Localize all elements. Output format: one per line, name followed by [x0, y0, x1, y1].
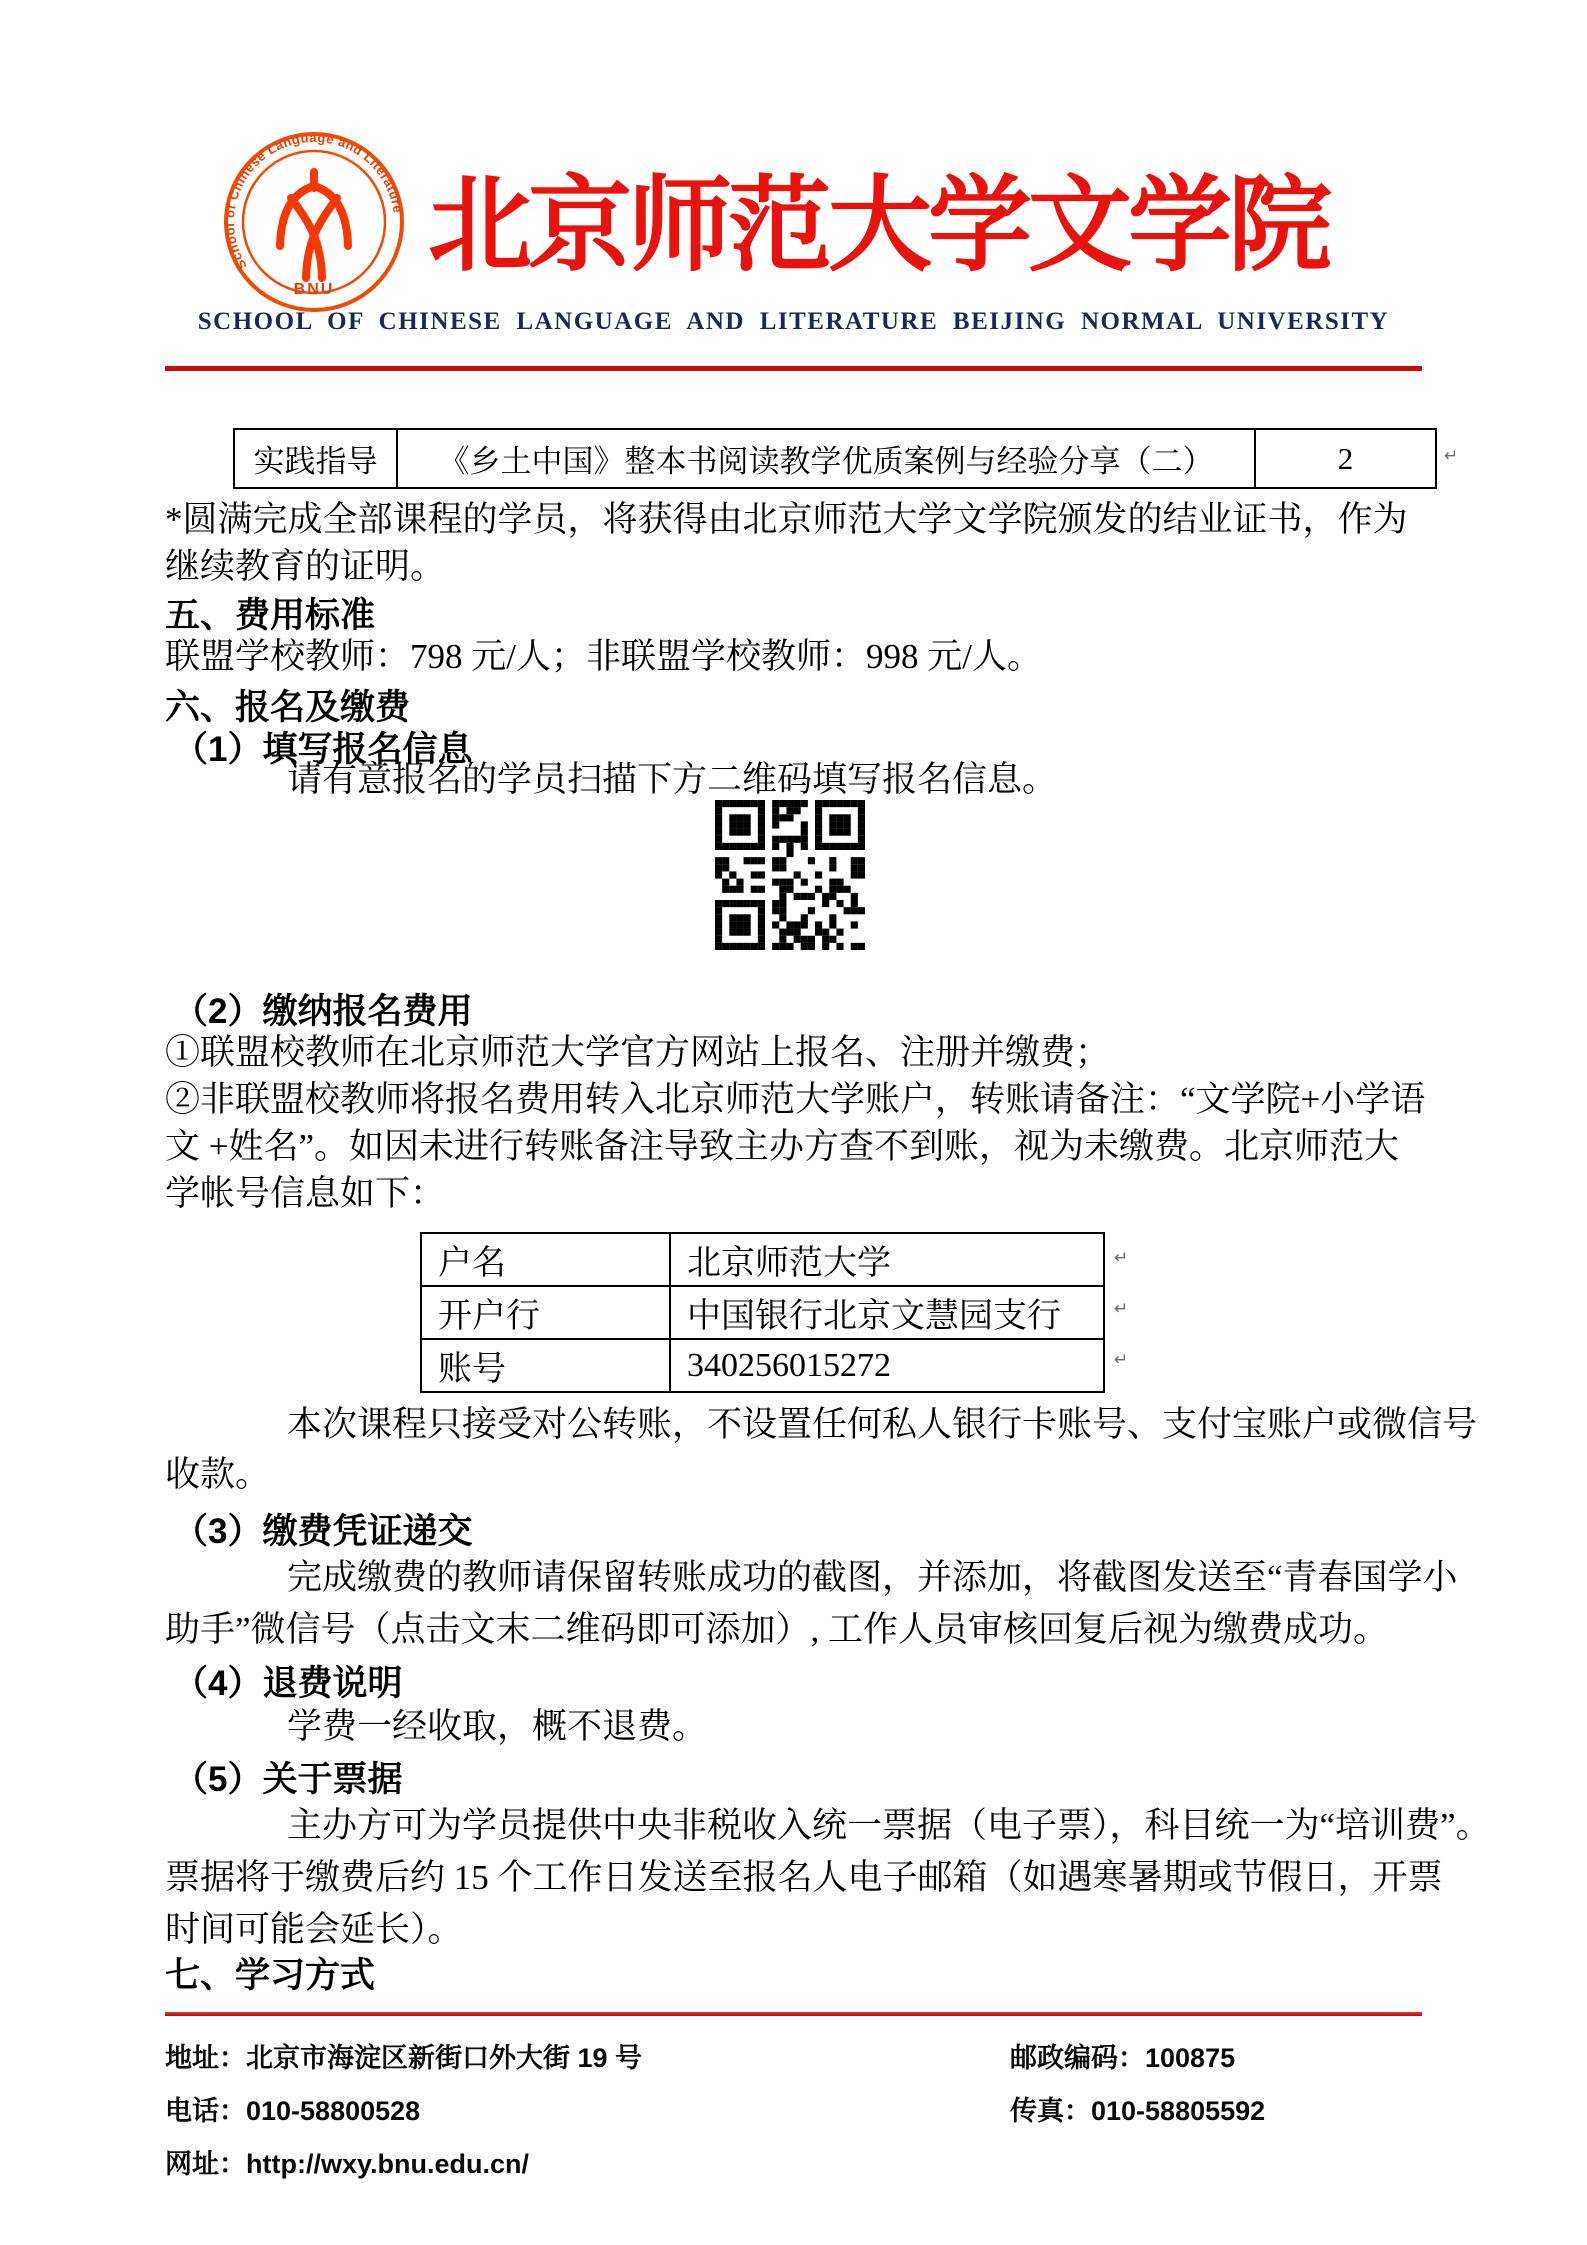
paragraph-mark: ↵: [1114, 1350, 1128, 1370]
subsection-heading-refund: （4）退费说明: [165, 1656, 1431, 1706]
subsection-heading-receipt: （3）缴费凭证递交: [165, 1504, 1431, 1554]
bank-value-cell: 中国银行北京文慧园支行: [669, 1287, 1103, 1338]
footer-website: 网址：http://wxy.bnu.edu.cn/: [165, 2142, 529, 2181]
bank-account-table: 户名 北京师范大学 开户行 中国银行北京文慧园支行 账号 34025601527…: [420, 1232, 1105, 1393]
payment-item-2-line: ②非联盟校教师将报名费用转入北京师范大学账户，转账请备注：“文学院+小学语: [165, 1076, 1423, 1123]
invoice-line: 主办方可为学员提供中央非税收入统一票据（电子票），科目统一为“培训费”。: [165, 1800, 1423, 1852]
footer-phone: 电话：010-58800528: [165, 2089, 420, 2128]
bank-value-cell: 北京师范大学: [669, 1234, 1103, 1285]
paragraph-mark: ↵: [1444, 446, 1458, 466]
certificate-note-line: 继续教育的证明。: [165, 543, 1423, 590]
certificate-note-line: *圆满完成全部课程的学员，将获得由北京师范大学文学院颁发的结业证书，作为: [165, 496, 1423, 543]
scan-instruction: 请有意报名的学员扫描下方二维码填写报名信息。: [165, 757, 1545, 803]
course-title-cell: 《乡土中国》整本书阅读教学优质案例与经验分享（二）: [396, 430, 1254, 487]
footer-divider: [165, 2012, 1422, 2016]
fees-body: 联盟学校教师：798 元/人；非联盟学校教师：998 元/人。: [165, 634, 1423, 680]
payment-item-1: ①联盟校教师在北京师范大学官方网站上报名、注册并缴费；: [165, 1030, 1423, 1076]
paragraph-mark: ↵: [1114, 1248, 1128, 1268]
payment-item-2-line: 学帐号信息如下：: [165, 1170, 1423, 1217]
bank-value-cell: 340256015272: [669, 1340, 1103, 1391]
footer-postcode: 邮政编码：100875: [1010, 2036, 1235, 2075]
bank-label-cell: 户名: [422, 1234, 669, 1285]
bank-label-cell: 账号: [422, 1340, 669, 1391]
bank-label-cell: 开户行: [422, 1287, 669, 1338]
transfer-note-line: 收款。: [165, 1450, 1423, 1500]
table-row: 开户行 中国银行北京文慧园支行: [422, 1285, 1103, 1338]
subsection-heading-invoice: （5）关于票据: [165, 1752, 1431, 1802]
subsection-heading-pay-fee: （2）缴纳报名费用: [165, 984, 1431, 1034]
payment-item-2-line: 文 +姓名”。如因未进行转账备注导致主办方查不到账，视为未缴费。北京师范大: [165, 1123, 1423, 1170]
refund-body: 学费一经收取，概不退费。: [165, 1704, 1545, 1750]
page-subtitle: SCHOOL OF CHINESE LANGUAGE AND LITERATUR…: [0, 308, 1587, 336]
receipt-line: 助手”微信号（点击文末二维码即可添加）, 工作人员审核回复后视为缴费成功。: [165, 1604, 1423, 1656]
course-hours-cell: 2: [1254, 430, 1435, 487]
document-page: School of Chinese Language and Literatur…: [0, 0, 1587, 2245]
registration-qr-code: [715, 800, 865, 950]
table-row: 账号 340256015272: [422, 1338, 1103, 1391]
table-row: 户名 北京师范大学: [422, 1234, 1103, 1285]
receipt-line: 完成缴费的教师请保留转账成功的截图，并添加，将截图发送至“青春国学小: [165, 1552, 1423, 1604]
school-seal-logo: School of Chinese Language and Literatur…: [222, 126, 406, 318]
transfer-note: 本次课程只接受对公转账，不设置任何私人银行卡账号、支付宝账户或微信号 收款。: [165, 1400, 1423, 1500]
footer-fax: 传真：010-58805592: [1010, 2089, 1265, 2128]
section-heading-fees: 五、费用标准: [165, 588, 1423, 638]
paragraph-mark: ↵: [1114, 1299, 1128, 1319]
invoice-body: 主办方可为学员提供中央非税收入统一票据（电子票），科目统一为“培训费”。 票据将…: [165, 1800, 1423, 1956]
page-title: 北京师范大学文学院: [428, 136, 1328, 296]
seal-figure-icon: [280, 172, 348, 278]
receipt-body: 完成缴费的教师请保留转账成功的截图，并添加，将截图发送至“青春国学小 助手”微信…: [165, 1552, 1423, 1656]
footer-address: 地址：北京市海淀区新街口外大街 19 号: [165, 2036, 642, 2075]
course-category-cell: 实践指导: [235, 430, 396, 487]
course-table: 实践指导 《乡土中国》整本书阅读教学优质案例与经验分享（二） 2: [233, 428, 1437, 489]
certificate-note: *圆满完成全部课程的学员，将获得由北京师范大学文学院颁发的结业证书，作为 继续教…: [165, 496, 1423, 590]
invoice-line: 票据将于缴费后约 15 个工作日发送至报名人电子邮箱（如遇寒暑期或节假日，开票: [165, 1852, 1423, 1904]
transfer-note-line: 本次课程只接受对公转账，不设置任何私人银行卡账号、支付宝账户或微信号: [165, 1400, 1423, 1450]
logo-badge-text: BNU: [294, 281, 335, 298]
header-divider: [165, 366, 1422, 371]
payment-item-2: ②非联盟校教师将报名费用转入北京师范大学账户，转账请备注：“文学院+小学语 文 …: [165, 1076, 1423, 1217]
section-heading-study: 七、学习方式: [165, 1948, 1423, 1998]
